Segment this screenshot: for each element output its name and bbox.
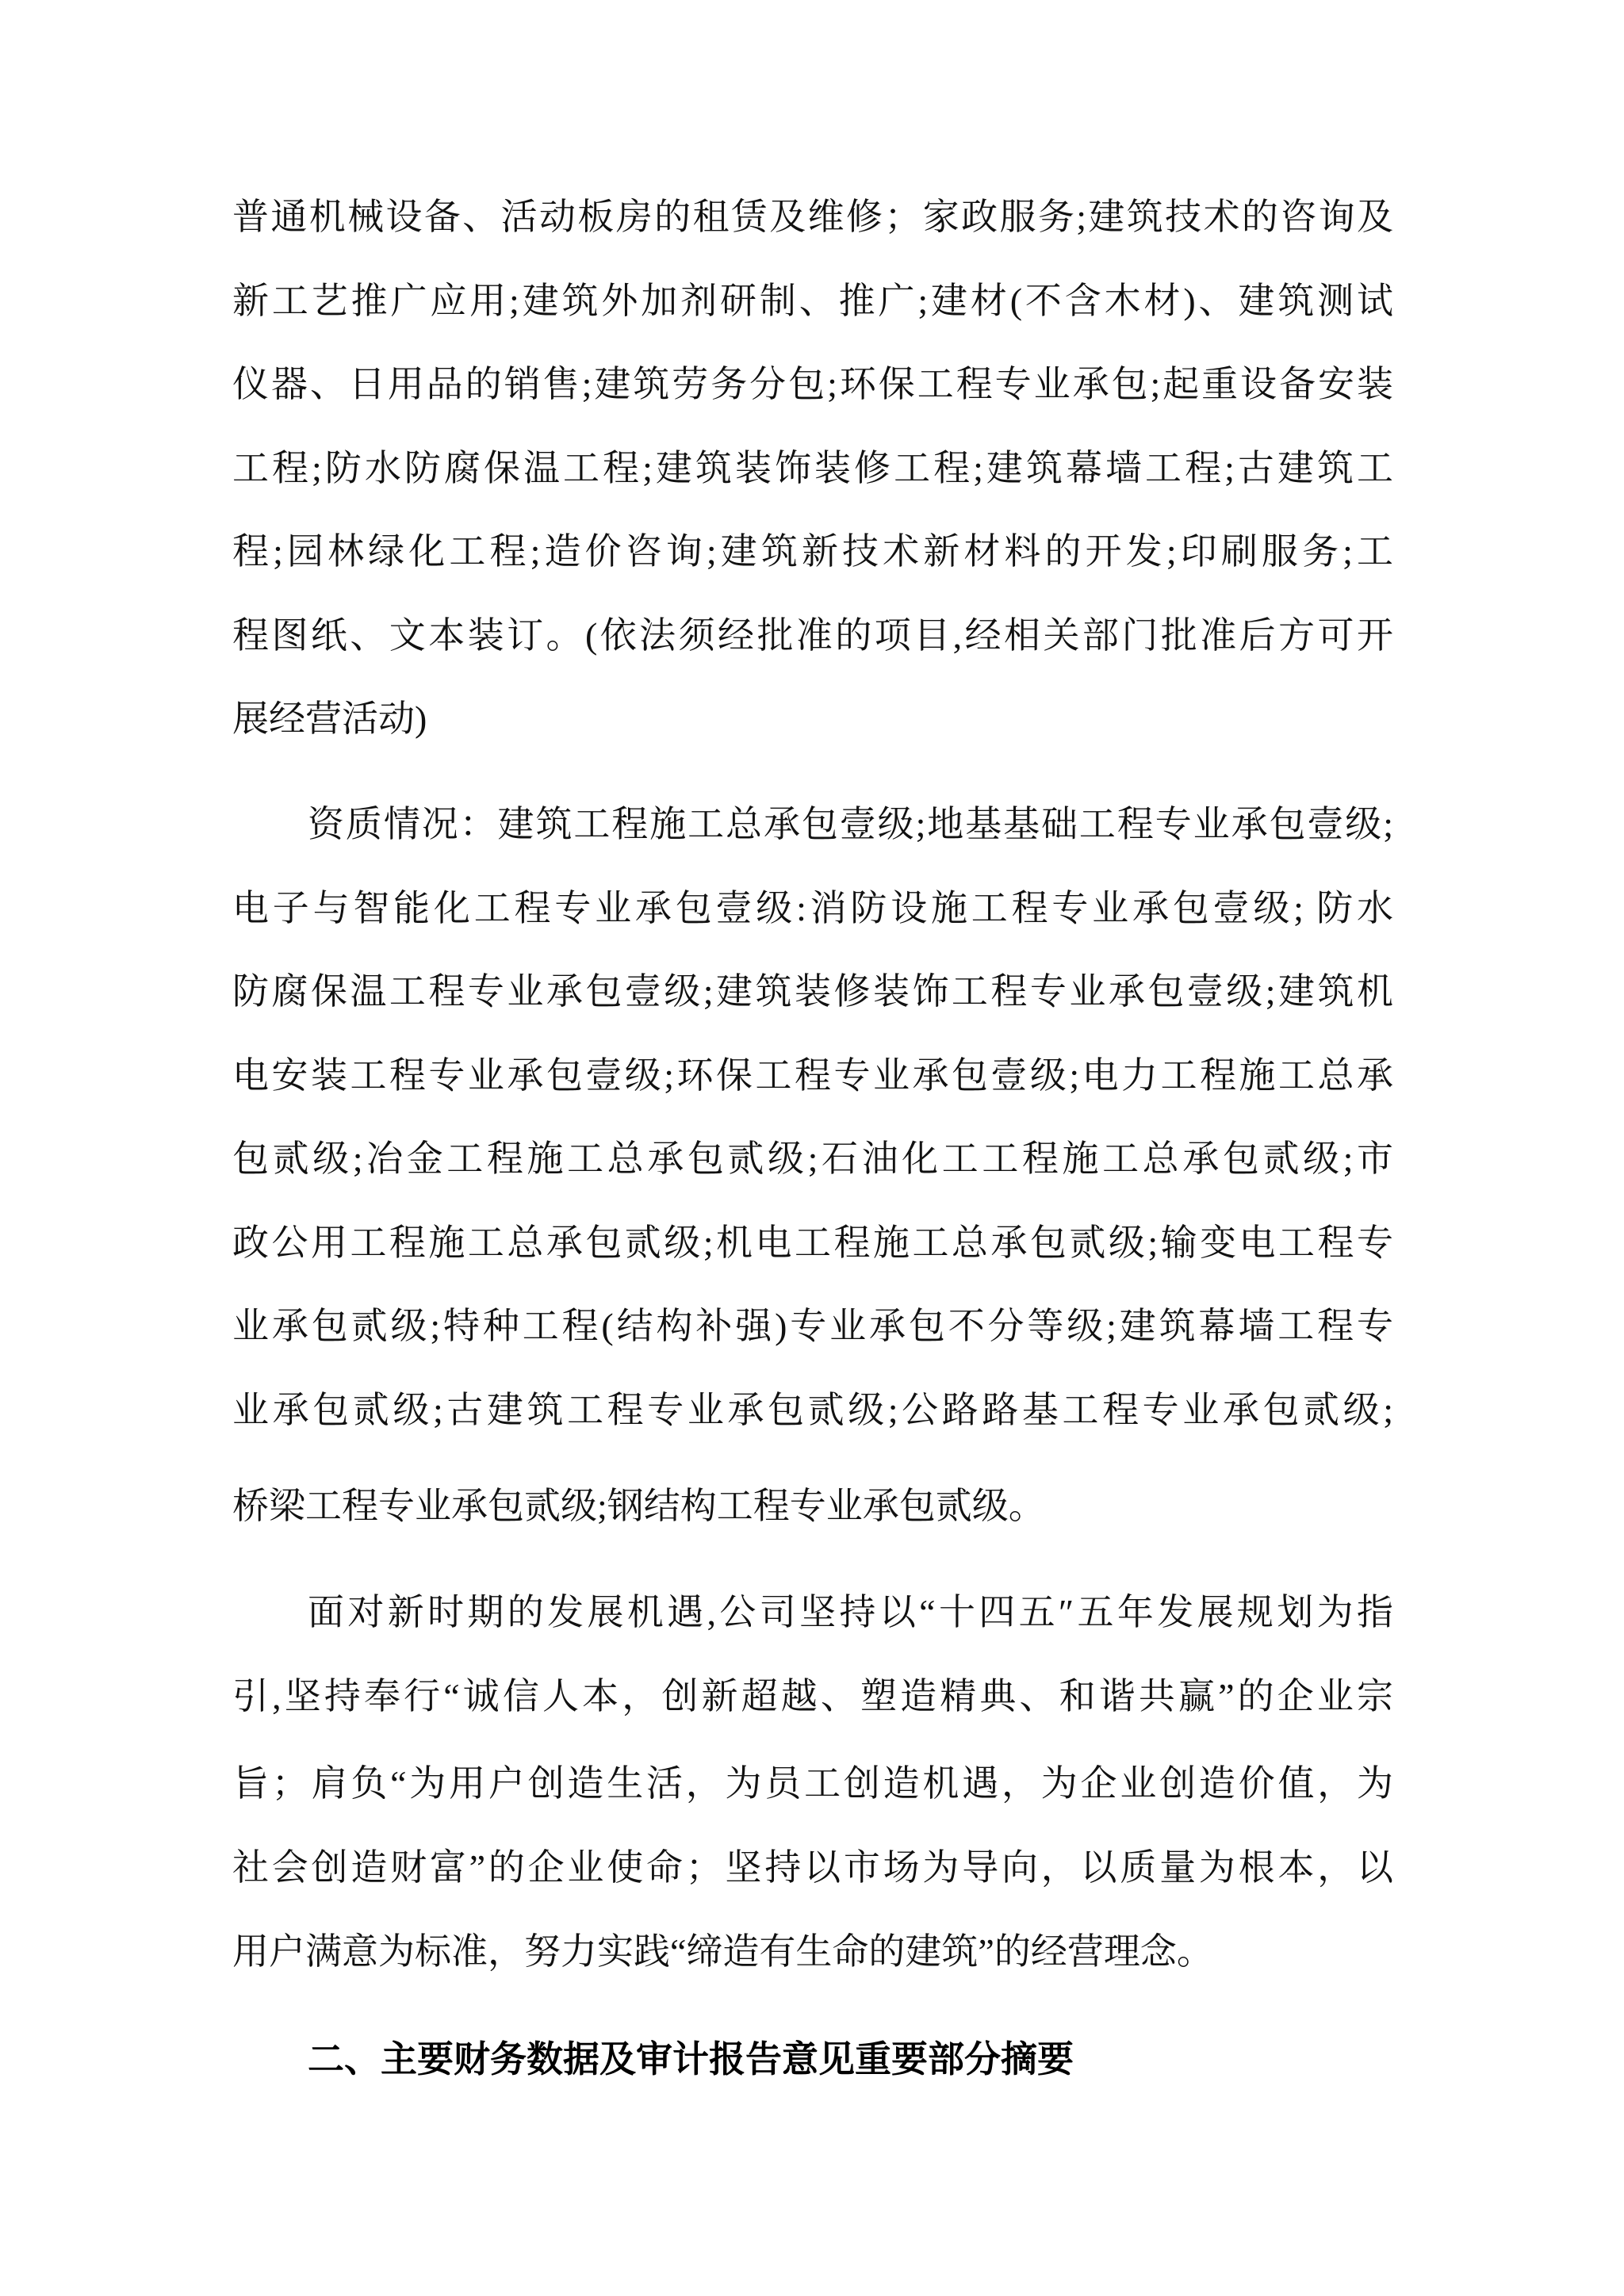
document-page: 普通机械设备、活动板房的租赁及维修；家政服务;建筑技术的咨询及 新工艺推广应用;… <box>0 0 1624 2296</box>
text-line: 工程;防水防腐保温工程;建筑装饰装修工程;建筑幕墙工程;古建筑工 <box>232 445 1393 492</box>
text-line: 程;园林绿化工程;造价咨询;建筑新技术新材料的开发;印刷服务;工 <box>232 528 1393 576</box>
text-line: 新工艺推广应用;建筑外加剂研制、推广;建材(不含木材)、建筑测试 <box>232 277 1393 325</box>
text-line: 社会创造财富”的企业使命；坚持以市场为导向，以质量为根本，以 <box>232 1844 1393 1892</box>
text-line: 包贰级;冶金工程施工总承包贰级;石油化工工程施工总承包贰级;市 <box>232 1135 1393 1183</box>
text-line: 用户满意为标准，努力实践“缔造有生命的建筑”的经营理念。 <box>232 1928 1393 1976</box>
section-heading: 二、主要财务数据及审计报告意见重要部分摘要 <box>308 2036 1074 2084</box>
text-line: 电子与智能化工程专业承包壹级:消防设施工程专业承包壹级; 防水 <box>232 885 1393 932</box>
text-line: 政公用工程施工总承包贰级;机电工程施工总承包贰级;输变电工程专 <box>232 1219 1393 1267</box>
text-line: 业承包贰级;古建筑工程专业承包贰级;公路路基工程专业承包贰级; <box>232 1387 1393 1434</box>
text-line: 旨；肩负“为用户创造生活，为员工创造机遇，为企业创造价值，为 <box>232 1760 1393 1808</box>
text-line: 桥梁工程专业承包贰级;钢结构工程专业承包贰级。 <box>232 1483 1393 1530</box>
text-line: 程图纸、文本装订。(依法须经批准的项目,经相关部门批准后方可开 <box>232 612 1393 660</box>
text-line: 普通机械设备、活动板房的租赁及维修；家政服务;建筑技术的咨询及 <box>232 193 1393 241</box>
text-line: 仪器、日用品的销售;建筑劳务分包;环保工程专业承包;起重设备安装 <box>232 361 1393 408</box>
text-line: 防腐保温工程专业承包壹级;建筑装修装饰工程专业承包壹级;建筑机 <box>232 968 1393 1016</box>
text-line: 资质情况：建筑工程施工总承包壹级;地基基础工程专业承包壹级; <box>308 801 1393 848</box>
text-line: 面对新时期的发展机遇,公司坚持以“十四五″五年发展规划为指 <box>308 1589 1393 1636</box>
text-line: 电安装工程专业承包壹级;环保工程专业承包壹级;电力工程施工总承 <box>232 1052 1393 1100</box>
text-line: 业承包贰级;特种工程(结构补强)专业承包不分等级;建筑幕墙工程专 <box>232 1303 1393 1350</box>
text-line: 引,坚持奉行“诚信人本，创新超越、塑造精典、和谐共赢”的企业宗 <box>232 1673 1393 1720</box>
text-line: 展经营活动) <box>232 695 1393 743</box>
